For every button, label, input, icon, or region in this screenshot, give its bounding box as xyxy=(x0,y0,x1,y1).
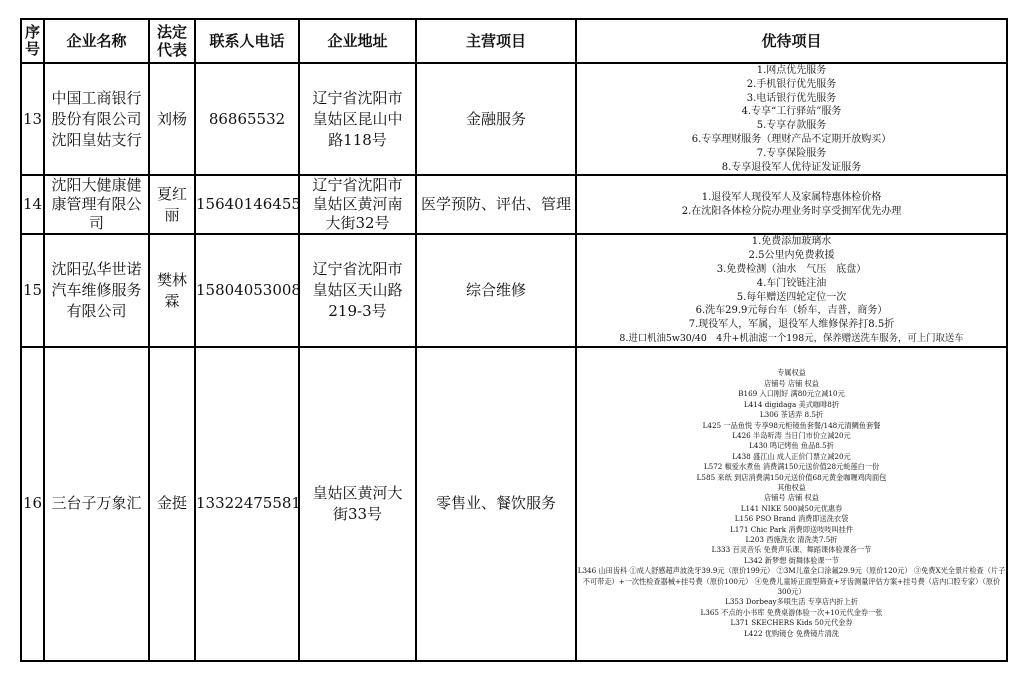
benefit-item: L141 NIKE 500减50元优惠券 xyxy=(577,504,1006,514)
company-name: 三台子万象汇 xyxy=(44,347,149,661)
benefit-item: 1.免费添加玻璃水 xyxy=(577,235,1006,249)
benefit-item: L203 西施洗衣 清洗类7.5折 xyxy=(577,535,1006,545)
benefit-item: L333 百灵音乐 免费声乐课、舞蹈课体验课各一节 xyxy=(577,545,1006,555)
benefit-item: 6.专享理财服务（理财产品不定期开放购买） xyxy=(577,133,1006,147)
legal-rep: 刘杨 xyxy=(149,63,195,175)
benefit-item: L430 鸣记烤鱼 鱼品8.5折 xyxy=(577,441,1006,451)
header-main-business: 主营项目 xyxy=(416,19,576,63)
benefit-item: 4.车门铰链注油 xyxy=(577,277,1006,291)
table-row: 13 中国工商银行股份有限公司沈阳皇姑支行 刘杨 86865532 辽宁省沈阳市… xyxy=(21,63,1007,175)
benefit-item: L422 优购镜仓 免费镜片清洗 xyxy=(577,629,1006,639)
legal-rep: 金挺 xyxy=(149,347,195,661)
header-legal-rep: 法定代表 xyxy=(149,19,195,63)
header-contact-phone: 联系人电话 xyxy=(195,19,299,63)
table-row: 15 沈阳弘华世诺汽车维修服务有限公司 樊林霖 15804053008 辽宁省沈… xyxy=(21,234,1007,346)
benefit-item: L426 半岛听涛 当日门市价立减20元 xyxy=(577,431,1006,441)
header-no: 序号 xyxy=(21,19,44,63)
row-no: 16 xyxy=(21,347,44,661)
main-business: 综合维修 xyxy=(416,234,576,346)
company-address: 辽宁省沈阳市皇姑区天山路219-3号 xyxy=(299,234,416,346)
benefit-item: 8.进口机油5w30/40 4升+机油滤一个198元，保养赠送洗车服务，可上门取… xyxy=(577,332,1006,346)
benefit-item: 2.手机银行优先服务 xyxy=(577,78,1006,92)
company-address: 辽宁省沈阳市皇姑区黄河南大街32号 xyxy=(299,175,416,234)
main-business: 医学预防、评估、管理 xyxy=(416,175,576,234)
table-row: 16 三台子万象汇 金挺 13322475581 皇姑区黄河大街33号 零售业、… xyxy=(21,347,1007,661)
benefit-item: 1.退役军人现役军人及家属特惠体检价格 xyxy=(577,191,1006,205)
row-no: 14 xyxy=(21,175,44,234)
benefit-item: 5.每年赠送四轮定位一次 xyxy=(577,291,1006,305)
benefit-item: L371 SKECHERS Kids 50元代金券 xyxy=(577,618,1006,628)
benefit-item: 1.网点优先服务 xyxy=(577,64,1006,78)
header-row: 序号 企业名称 法定代表 联系人电话 企业地址 主营项目 优待项目 xyxy=(21,19,1007,63)
contact-phone: 13322475581 xyxy=(195,347,299,661)
benefit-item: L353 Dorbeay多唄生活 专享店内折上折 xyxy=(577,597,1006,607)
benefit-column-header: 店铺号 店铺 权益 xyxy=(577,379,1006,389)
benefit-item: B169 入口刚好 满80元立减10元 xyxy=(577,389,1006,399)
benefits-table: 序号 企业名称 法定代表 联系人电话 企业地址 主营项目 优待项目 13 中国工… xyxy=(20,18,1008,662)
contact-phone: 15640146455 xyxy=(195,175,299,234)
benefit-item: 6.洗车29.9元每台车（轿车，吉普，商务） xyxy=(577,304,1006,318)
benefit-section-title: 其他权益 xyxy=(577,483,1006,493)
main-business: 金融服务 xyxy=(416,63,576,175)
benefit-section-title: 专属权益 xyxy=(577,368,1006,378)
benefit-item: L414 digidaga 美式咖啡8折 xyxy=(577,400,1006,410)
benefit-item: 4.专享“工行驿站”服务 xyxy=(577,105,1006,119)
benefit-item: 5.专享存款服务 xyxy=(577,119,1006,133)
company-address: 皇姑区黄河大街33号 xyxy=(299,347,416,661)
company-name: 沈阳大健康健康管理有限公司 xyxy=(44,175,149,234)
company-name: 中国工商银行股份有限公司沈阳皇姑支行 xyxy=(44,63,149,175)
benefit-item: L365 不点的小书库 免费桌游体验一次+10元代金券一张 xyxy=(577,608,1006,618)
legal-rep: 夏红丽 xyxy=(149,175,195,234)
benefit-item: L438 盛江山 成人正价门票立减20元 xyxy=(577,452,1006,462)
benefit-item: 2.5公里内免费救援 xyxy=(577,249,1006,263)
benefit-item: L342 新梦想 街舞体验课一节 xyxy=(577,556,1006,566)
row-no: 13 xyxy=(21,63,44,175)
benefit-item: L156 PSO Brand 消费即送洗衣袋 xyxy=(577,514,1006,524)
benefits-list: 1.网点优先服务 2.手机银行优先服务 3.电话银行优先服务 4.专享“工行驿站… xyxy=(576,63,1007,175)
contact-phone: 15804053008 xyxy=(195,234,299,346)
benefit-item: 3.免费检测（油水 气压 底盘） xyxy=(577,263,1006,277)
company-address: 辽宁省沈阳市皇姑区昆山中路118号 xyxy=(299,63,416,175)
benefit-item: 7.专享保险服务 xyxy=(577,147,1006,161)
benefit-item: 8.专享退役军人优待证发证服务 xyxy=(577,161,1006,175)
benefits-list: 1.退役军人现役军人及家属特惠体检价格 2.在沈阳各体检分院办理业务时享受拥军优… xyxy=(576,175,1007,234)
benefit-item: L585 来纸 到店消费满150元送价值68元黄金咖喱鸡肉面包 xyxy=(577,473,1006,483)
main-business: 零售业、餐饮服务 xyxy=(416,347,576,661)
contact-phone: 86865532 xyxy=(195,63,299,175)
company-name: 沈阳弘华世诺汽车维修服务有限公司 xyxy=(44,234,149,346)
benefits-list: 专属权益 店铺号 店铺 权益 B169 入口刚好 满80元立减10元 L414 … xyxy=(576,347,1007,661)
header-benefits: 优待项目 xyxy=(576,19,1007,63)
legal-rep: 樊林霖 xyxy=(149,234,195,346)
benefit-item: 3.电话银行优先服务 xyxy=(577,92,1006,106)
benefit-item: L306 茶话弄 8.5折 xyxy=(577,410,1006,420)
benefit-item: L572 椒爱水煮鱼 消费满150元送价值28元蚝莲白一份 xyxy=(577,462,1006,472)
benefit-item: 7.现役军人，军属，退役军人维修保养打8.5折 xyxy=(577,318,1006,332)
header-address: 企业地址 xyxy=(299,19,416,63)
benefit-item: 2.在沈阳各体检分院办理业务时享受拥军优先办理 xyxy=(577,205,1006,219)
benefit-column-header: 店铺号 店铺 权益 xyxy=(577,493,1006,503)
benefit-item: L171 Chic Park 消费即送吱吱叫挂件 xyxy=(577,525,1006,535)
table-row: 14 沈阳大健康健康管理有限公司 夏红丽 15640146455 辽宁省沈阳市皇… xyxy=(21,175,1007,234)
row-no: 15 xyxy=(21,234,44,346)
benefits-list: 1.免费添加玻璃水 2.5公里内免费救援 3.免费检测（油水 气压 底盘） 4.… xyxy=(576,234,1007,346)
benefit-item: L425 一品鱼悦 专享98元柜镜鱼套餐/148元清鲷鱼套餐 xyxy=(577,421,1006,431)
benefit-item: L346 山田齿科 ①成人舒感超声波洗牙39.9元（原价199元） ②3M儿童全… xyxy=(577,566,1006,597)
header-company-name: 企业名称 xyxy=(44,19,149,63)
